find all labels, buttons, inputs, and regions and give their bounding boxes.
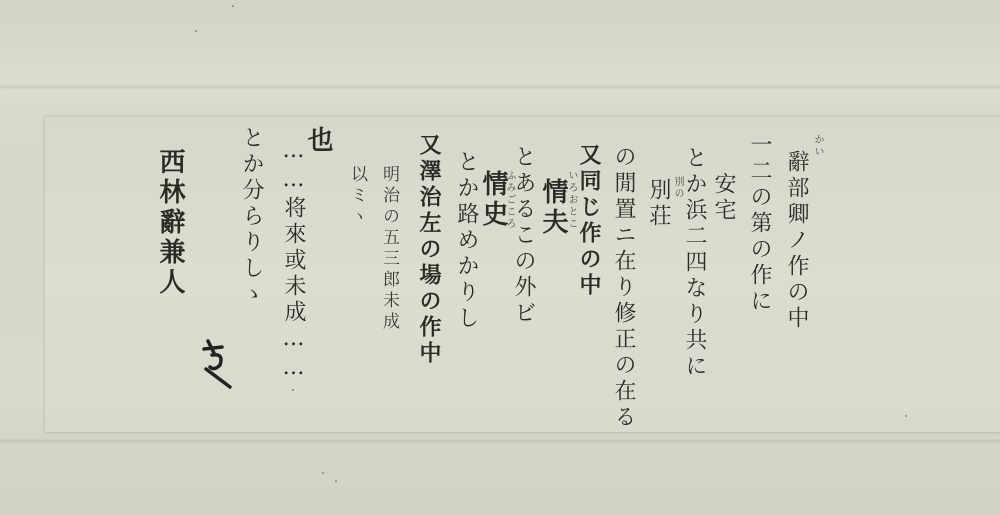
column-18-signature-name: 西林辭兼人 (157, 148, 183, 298)
column-8: 情夫 (540, 178, 566, 238)
column-15: 也 (305, 126, 331, 156)
column-17: とか分らりしゝ (240, 126, 262, 308)
paper-speck (232, 5, 234, 7)
fold-line (0, 86, 1000, 88)
paper-speck (195, 30, 197, 32)
column-6: の閒置ニ在り修正の在る (612, 145, 634, 431)
paper-speck (335, 480, 337, 482)
column-7: 又同じ作の中 (578, 143, 600, 299)
fold-line (0, 440, 1000, 442)
column-10: 情史 (480, 170, 506, 230)
ruby-8: いろおとこ (566, 170, 576, 230)
column-12: 又澤治左の場の作中 (418, 133, 440, 367)
ruby-1: かい (812, 134, 822, 158)
ruby-10: ふみごころ (504, 170, 514, 230)
column-4: とか浜二四なり共に (683, 146, 705, 380)
column-16: ……将來或未成…… (282, 138, 304, 384)
signature-mark-icon (200, 335, 236, 393)
column-3: 安宅 (712, 172, 734, 224)
column-14: 以ミヽ (348, 165, 365, 228)
column-5: 別荘 (647, 178, 669, 230)
paper-speck (905, 415, 907, 417)
column-2: 一二の第の作に (748, 133, 770, 315)
ruby-5: 別の (672, 176, 682, 200)
paper-speck (322, 472, 324, 474)
column-9: とあるこの外ビ (512, 145, 534, 327)
column-1: 辭部卿ノ作の中 (785, 150, 807, 332)
column-13: 明治の五三郎未成 (380, 165, 397, 333)
column-11: とか路めかりし (455, 150, 477, 332)
paper-speck (292, 389, 294, 391)
